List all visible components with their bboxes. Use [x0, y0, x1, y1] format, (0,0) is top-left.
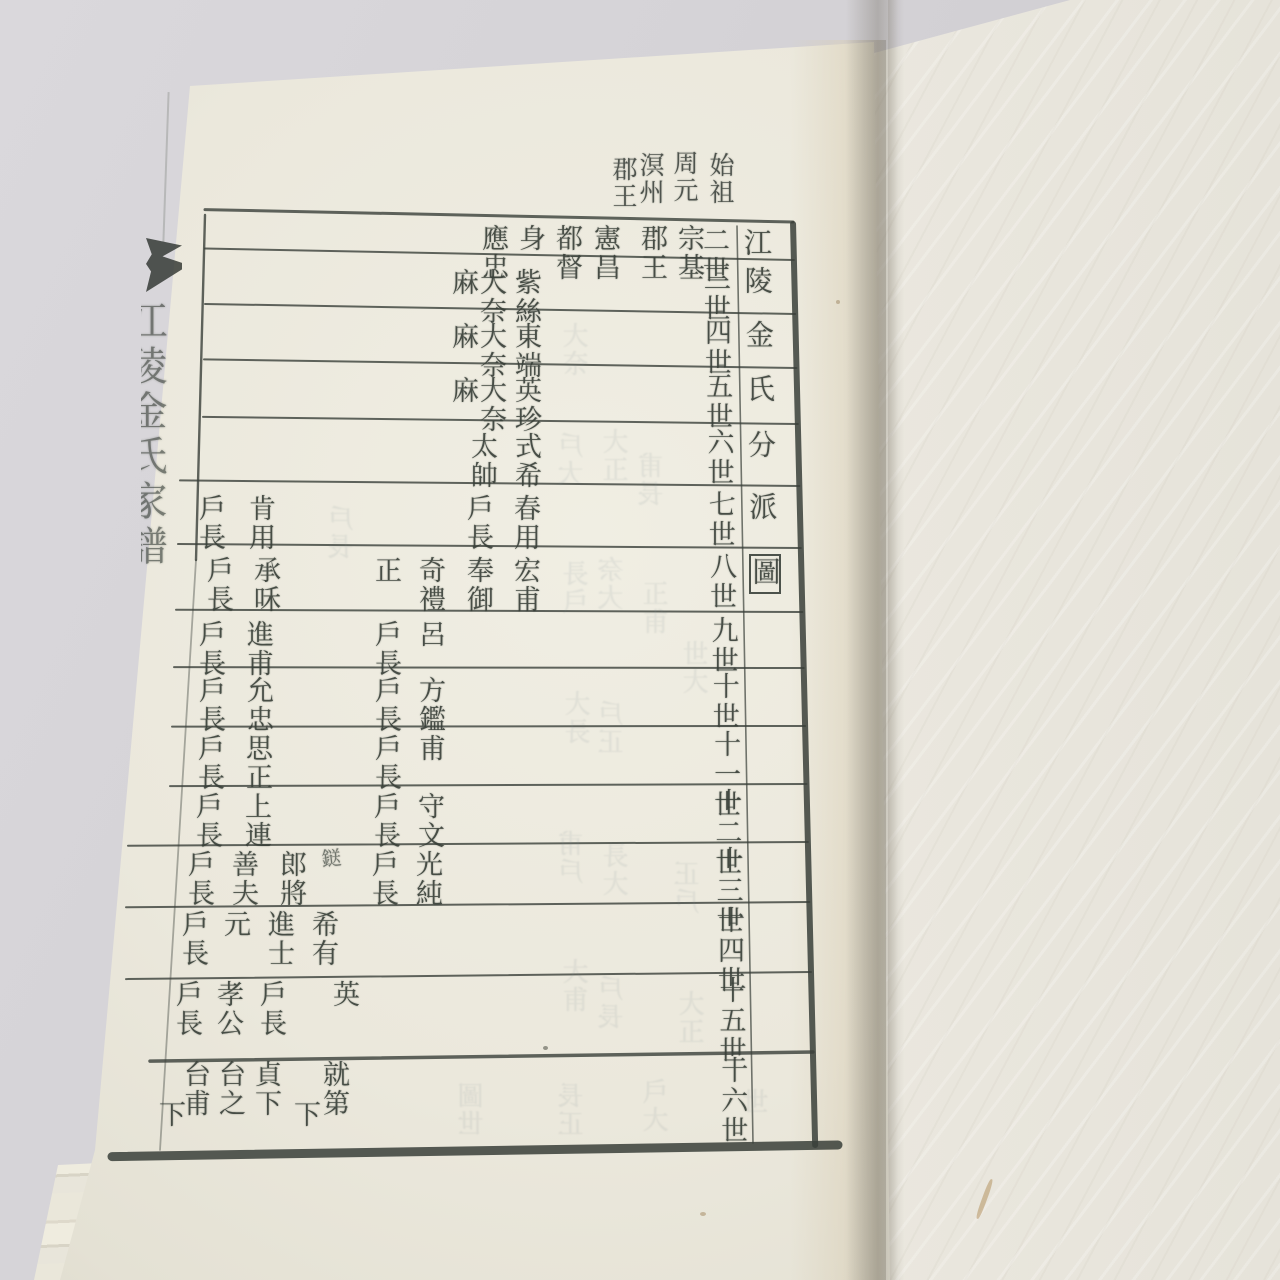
person-cell: 孝公 [214, 980, 241, 1038]
bleedthrough-text: 大正 [676, 990, 702, 1046]
person-cell: 呂 [416, 620, 443, 649]
person-cell: 戶長 [257, 980, 284, 1038]
person-cell: 下 [291, 1100, 318, 1129]
side-title-char: 金 [744, 320, 772, 354]
bleedthrough-text: 甫長 [640, 452, 666, 508]
person-cell: 大奈 [477, 322, 504, 380]
person-cell: 戶長 [179, 910, 206, 968]
person-cell: 憲昌 [591, 224, 618, 282]
person-cell: 戶長 [372, 620, 399, 678]
person-cell: 承咊 [251, 556, 278, 614]
person-cell: 戶長 [371, 792, 398, 850]
person-cell: 戶長 [204, 556, 231, 614]
person-cell: 春用 [511, 494, 538, 552]
header-founder-column: 溟州 [638, 152, 663, 206]
side-title-char: 派 [747, 492, 775, 526]
person-cell: 戶長 [195, 734, 222, 792]
bleedthrough-text: 甫戶 [560, 830, 586, 886]
person-cell: 進甫 [244, 620, 271, 678]
person-cell: 宗基 [675, 224, 702, 282]
bleedthrough-text: 長大 [600, 842, 626, 898]
side-title-char: 陵 [743, 266, 771, 300]
person-cell: 大奈 [477, 268, 504, 326]
generation-label: 九世 [709, 616, 736, 676]
bleedthrough-text: 長正 [560, 1082, 586, 1138]
bleedthrough-text: 戶大 [640, 1078, 666, 1134]
bleedthrough-text: 奈大 [600, 556, 626, 612]
person-cell: 下 [156, 1100, 183, 1129]
paper-speck [836, 300, 840, 304]
bleedthrough-text: 世大 [680, 640, 706, 696]
bleedthrough-text: 戶長 [330, 505, 356, 561]
person-cell: 思正 [243, 734, 270, 792]
header-founder-column: 郡王 [611, 156, 636, 210]
generation-label: 四世 [702, 318, 729, 378]
bleedthrough-text: 戶長 [600, 975, 626, 1031]
person-cell: 善夫 [229, 850, 256, 908]
person-cell: 大奈 [477, 376, 504, 434]
person-cell: 希有 [309, 910, 336, 968]
person-cell: 奇禮 [416, 556, 443, 614]
side-title-char: 氏 [745, 374, 773, 408]
person-cell: 麻 [449, 322, 476, 351]
person-cell: 進士 [265, 910, 292, 968]
person-cell: 就第 [320, 1060, 347, 1118]
person-cell: 郎將 [277, 850, 304, 908]
person-cell: 方鑑 [416, 676, 443, 734]
person-cell: 戶長 [464, 494, 491, 552]
person-cell: 麻 [449, 376, 476, 405]
person-cell: 奉御 [464, 556, 491, 614]
person-cell: 鎹 [319, 847, 341, 871]
bleedthrough-text: 戶正 [600, 700, 626, 756]
person-cell: 允忠 [244, 676, 271, 734]
photo-of-open-genealogy-book: 江陵金氏家譜 始祖周元溟州郡王二世宗基郡王憲昌都督身應忠三世紫絲大奈麻四世東端大… [0, 0, 1280, 1280]
ink-speck [543, 1046, 548, 1050]
side-title-char: 江 [742, 228, 770, 262]
person-cell: 英 [330, 980, 357, 1009]
person-cell: 戶長 [372, 676, 399, 734]
person-cell: 都督 [553, 224, 580, 282]
bleedthrough-text: 圖世 [460, 1082, 486, 1138]
bleedthrough-text: 大奈 [560, 322, 586, 378]
generation-label: 十世 [710, 672, 737, 732]
person-cell: 戶長 [369, 850, 396, 908]
person-cell: 英珍 [512, 376, 539, 434]
bleedthrough-text: 大甫 [560, 958, 586, 1014]
person-cell: 戶長 [372, 734, 399, 792]
person-cell: 宏甫 [511, 556, 538, 614]
generation-label: 五世 [703, 372, 730, 432]
person-cell: 戶長 [173, 980, 200, 1038]
generation-label: 六世 [704, 428, 731, 488]
person-cell: 台甫 [181, 1060, 208, 1118]
bleedthrough-text: 大長 [562, 690, 588, 746]
person-cell: 戶長 [196, 494, 223, 552]
bleedthrough-text: 大正 [600, 428, 626, 484]
person-cell: 太帥 [468, 432, 495, 490]
side-title-char: 圖 [749, 554, 781, 594]
side-title-char: 分 [746, 430, 774, 464]
generation-label: 八世 [707, 552, 734, 612]
person-cell: 正 [372, 556, 399, 585]
person-cell: 甫 [416, 734, 443, 763]
bleedthrough-text: 世 [740, 1088, 766, 1116]
person-cell: 麻 [449, 268, 476, 297]
person-cell: 貞下 [252, 1060, 279, 1118]
person-cell: 肯用 [246, 494, 273, 552]
person-cell: 東端 [512, 322, 539, 380]
header-founder-column: 周元 [672, 150, 697, 204]
person-cell: 守文 [415, 792, 442, 850]
bleedthrough-text: 正戶 [676, 860, 702, 916]
person-cell: 台之 [216, 1060, 243, 1118]
person-cell: 上連 [242, 792, 269, 850]
person-cell: 郡王 [638, 224, 665, 282]
person-cell: 身 [516, 224, 543, 253]
bleedthrough-text: 戶大 [560, 432, 586, 488]
person-cell: 光純 [413, 850, 440, 908]
paper-speck [700, 1212, 706, 1216]
generation-label: 七世 [706, 490, 733, 550]
genealogy-table-content: 始祖周元溟州郡王二世宗基郡王憲昌都督身應忠三世紫絲大奈麻四世東端大奈麻五世英珍大… [0, 0, 1280, 1280]
generation-label: 十五世 [717, 976, 744, 1066]
generation-label: 三世 [701, 264, 728, 324]
person-cell: 戶長 [193, 792, 220, 850]
person-cell: 戶長 [185, 850, 212, 908]
person-cell: 戶長 [196, 620, 223, 678]
header-founder-column: 始祖 [708, 152, 733, 206]
person-cell: 戶長 [196, 676, 223, 734]
bleedthrough-text: 正甫 [640, 580, 666, 636]
bleedthrough-text: 長戶 [560, 560, 586, 616]
person-cell: 式希 [512, 432, 539, 490]
person-cell: 元 [221, 910, 248, 939]
person-cell: 紫絲 [512, 268, 539, 326]
